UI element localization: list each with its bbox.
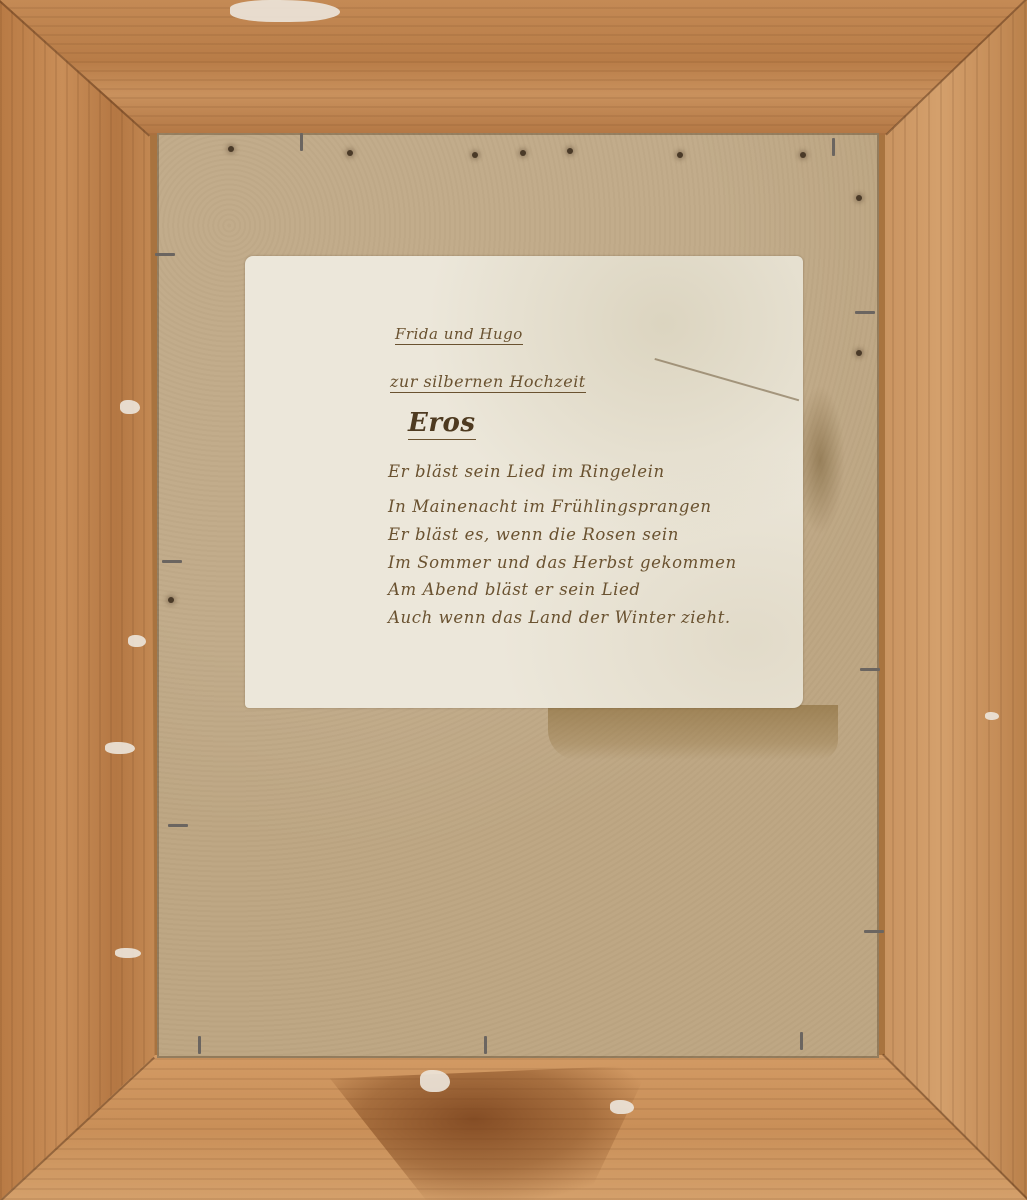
nail: [864, 930, 884, 933]
paint-chip: [610, 1100, 634, 1114]
nail-hole: [856, 195, 862, 201]
verse-line: In Mainenacht im Frühlingsprangen: [388, 497, 712, 516]
nail: [855, 311, 875, 314]
verse-line: Im Sommer und das Herbst gekommen: [388, 553, 737, 572]
paint-chip: [120, 400, 140, 414]
nail-hole: [567, 148, 573, 154]
verse-line: Er bläst es, wenn die Rosen sein: [388, 525, 679, 544]
nail-hole: [520, 150, 526, 156]
nail-hole: [856, 350, 862, 356]
nail-hole: [677, 152, 683, 158]
nail: [832, 138, 835, 156]
nail: [198, 1036, 201, 1054]
nail-hole: [168, 597, 174, 603]
paint-chip: [230, 0, 340, 22]
nail: [860, 668, 880, 671]
nail: [800, 1032, 803, 1050]
nail: [484, 1036, 487, 1054]
nail: [168, 824, 188, 827]
handwritten-note-paper: [245, 256, 803, 708]
nail: [300, 133, 303, 151]
nail-hole: [472, 152, 478, 158]
paint-chip: [420, 1070, 450, 1092]
verse-line: Am Abend bläst er sein Lied: [388, 580, 641, 599]
verse-line: Er bläst sein Lied im Ringelein: [388, 462, 665, 481]
note-title: Eros: [408, 408, 476, 440]
paint-chip: [128, 635, 146, 647]
verse-line: Auch wenn das Land der Winter zieht.: [388, 608, 731, 627]
nail-hole: [228, 146, 234, 152]
paint-chip: [115, 948, 141, 958]
nail: [155, 253, 175, 256]
note-occasion: zur silbernen Hochzeit: [390, 372, 586, 393]
note-dedication: Frida und Hugo: [395, 325, 523, 345]
frame-rail-right: [880, 0, 1027, 1200]
water-stain: [548, 705, 838, 760]
paint-chip: [105, 742, 135, 754]
nail-hole: [800, 152, 806, 158]
nail: [162, 560, 182, 563]
nail-hole: [347, 150, 353, 156]
paint-chip: [985, 712, 999, 720]
frame-rail-top: [0, 0, 1027, 135]
frame-rail-left: [0, 0, 155, 1200]
